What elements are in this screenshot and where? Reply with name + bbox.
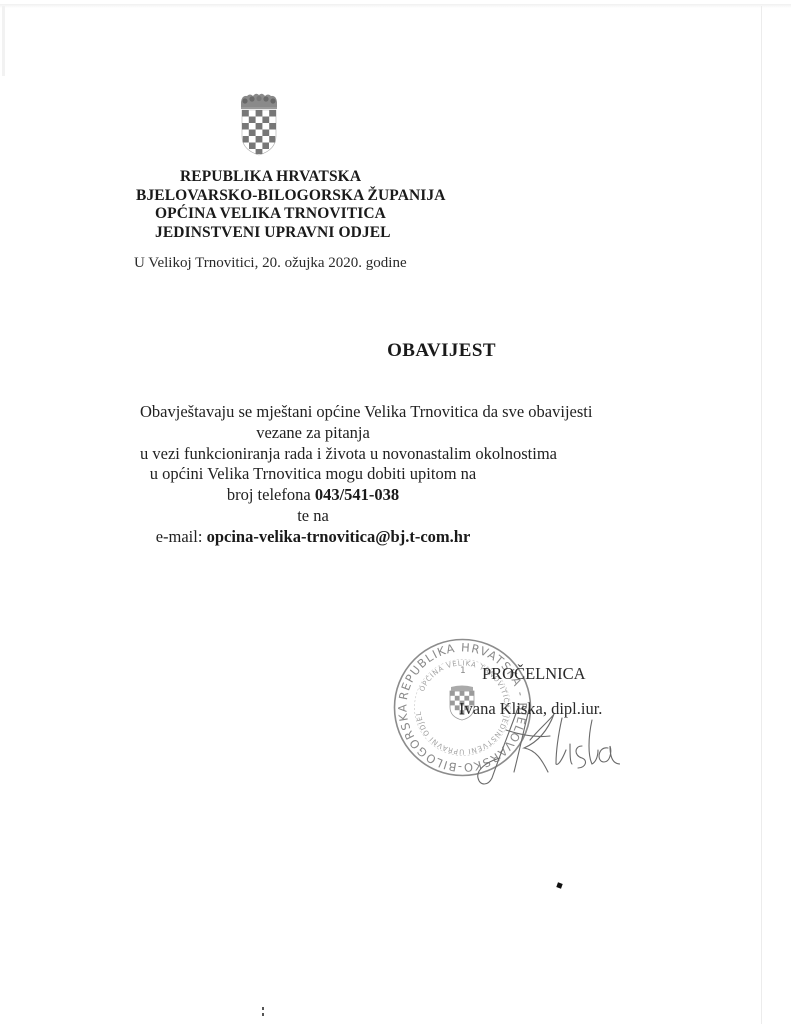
email-line: e-mail: opcina-velika-trnovitica@bj.t-co…: [140, 527, 486, 548]
phone-label: broj telefona: [227, 485, 315, 504]
scan-artifact: [556, 882, 562, 888]
scan-artifact: [262, 1013, 264, 1016]
letterhead-department: JEDINSTVENI UPRAVNI ODJEL: [155, 224, 391, 243]
scan-edge: [0, 4, 791, 8]
phone-line: broj telefona 043/541-038: [140, 485, 486, 506]
letterhead-municipality: OPĆINA VELIKA TRNOVITICA: [155, 205, 386, 224]
scan-artifact: [262, 1007, 264, 1010]
signatory-title: PROČELNICA: [482, 664, 586, 684]
email-address: opcina-velika-trnovitica@bj.t-com.hr: [207, 527, 471, 546]
notice-body: Obavještavaju se mještani općine Velika …: [140, 402, 486, 548]
letterhead-county: BJELOVARSKO-BILOGORSKA ŽUPANIJA: [136, 187, 446, 206]
croatian-coat-of-arms-icon: [238, 92, 280, 156]
body-line: u vezi funkcioniranja rada i života u no…: [140, 444, 486, 465]
document-title: OBAVIJEST: [0, 340, 791, 362]
phone-number: 043/541-038: [315, 485, 399, 504]
body-line: u općini Velika Trnovitica mogu dobiti u…: [140, 464, 486, 485]
place-and-date: U Velikoj Trnovitici, 20. ožujka 2020. g…: [134, 255, 407, 272]
body-line: Obavještavaju se mještani općine Velika …: [140, 402, 486, 423]
letterhead-country: REPUBLIKA HRVATSKA: [180, 168, 361, 187]
body-line: te na: [140, 506, 486, 527]
stamp-number: 1: [460, 666, 466, 676]
scan-edge: [2, 6, 5, 76]
scan-edge: [761, 6, 762, 1024]
body-line: vezane za pitanja: [140, 423, 486, 444]
email-label: e-mail:: [156, 527, 207, 546]
signatory-name: Ivana Kliska, dipl.iur.: [459, 699, 602, 719]
